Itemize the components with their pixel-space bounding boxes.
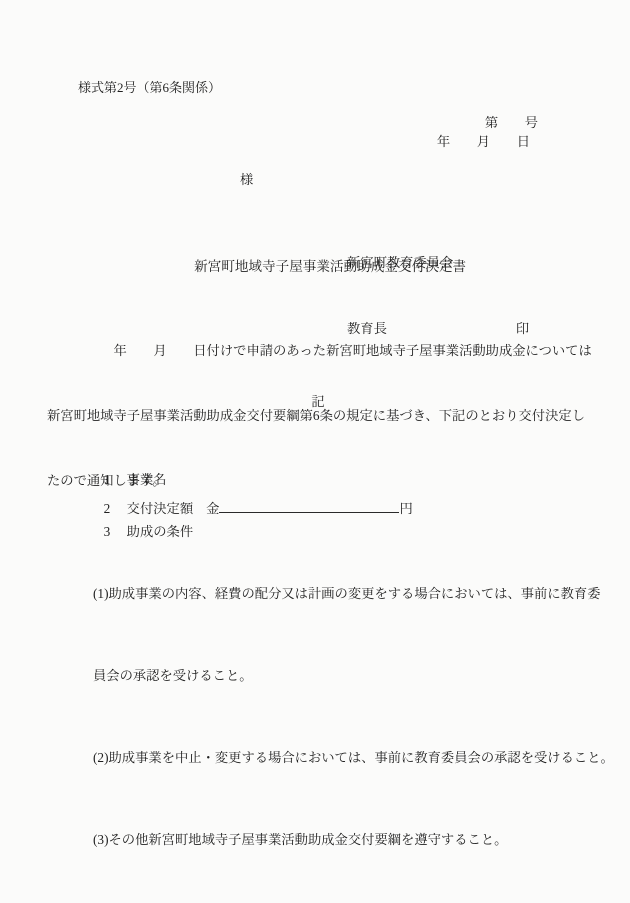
document-number: 第 号 xyxy=(485,114,538,132)
amount-prefix: 金 xyxy=(206,501,219,516)
date-line: 年 月 日 xyxy=(437,133,530,151)
amount-blank-field xyxy=(219,499,399,513)
document-title: 新宮町地域寺子屋事業活動助成金交付決定書 xyxy=(0,258,630,276)
form-number: 様式第2号（第6条関係） xyxy=(78,79,221,97)
ki-marker: 記 xyxy=(0,393,630,411)
condition-line: (1)助成事業の内容、経費の配分又は計画の変更をする場合においては、事前に教育委 xyxy=(93,580,614,607)
condition-line: (3)その他新宮町地域寺子屋事業活動助成金交付要綱を遵守すること。 xyxy=(93,826,614,853)
body-line: 年 月 日付けで申請のあった新宮町地域寺子屋事業活動助成金については xyxy=(47,340,592,362)
condition-line: 員会の承認を受けること。 xyxy=(93,662,614,689)
amount-suffix: 円 xyxy=(399,501,412,516)
document-page: { "page": { "background": "#fbfbfa", "te… xyxy=(0,0,630,903)
condition-line: (2)助成事業を中止・変更する場合においては、事前に教育委員会の承認を受けること… xyxy=(93,744,614,771)
conditions-list: (1)助成事業の内容、経費の配分又は計画の変更をする場合においては、事前に教育委… xyxy=(93,525,614,881)
addressee-honorific: 様 xyxy=(240,171,253,189)
